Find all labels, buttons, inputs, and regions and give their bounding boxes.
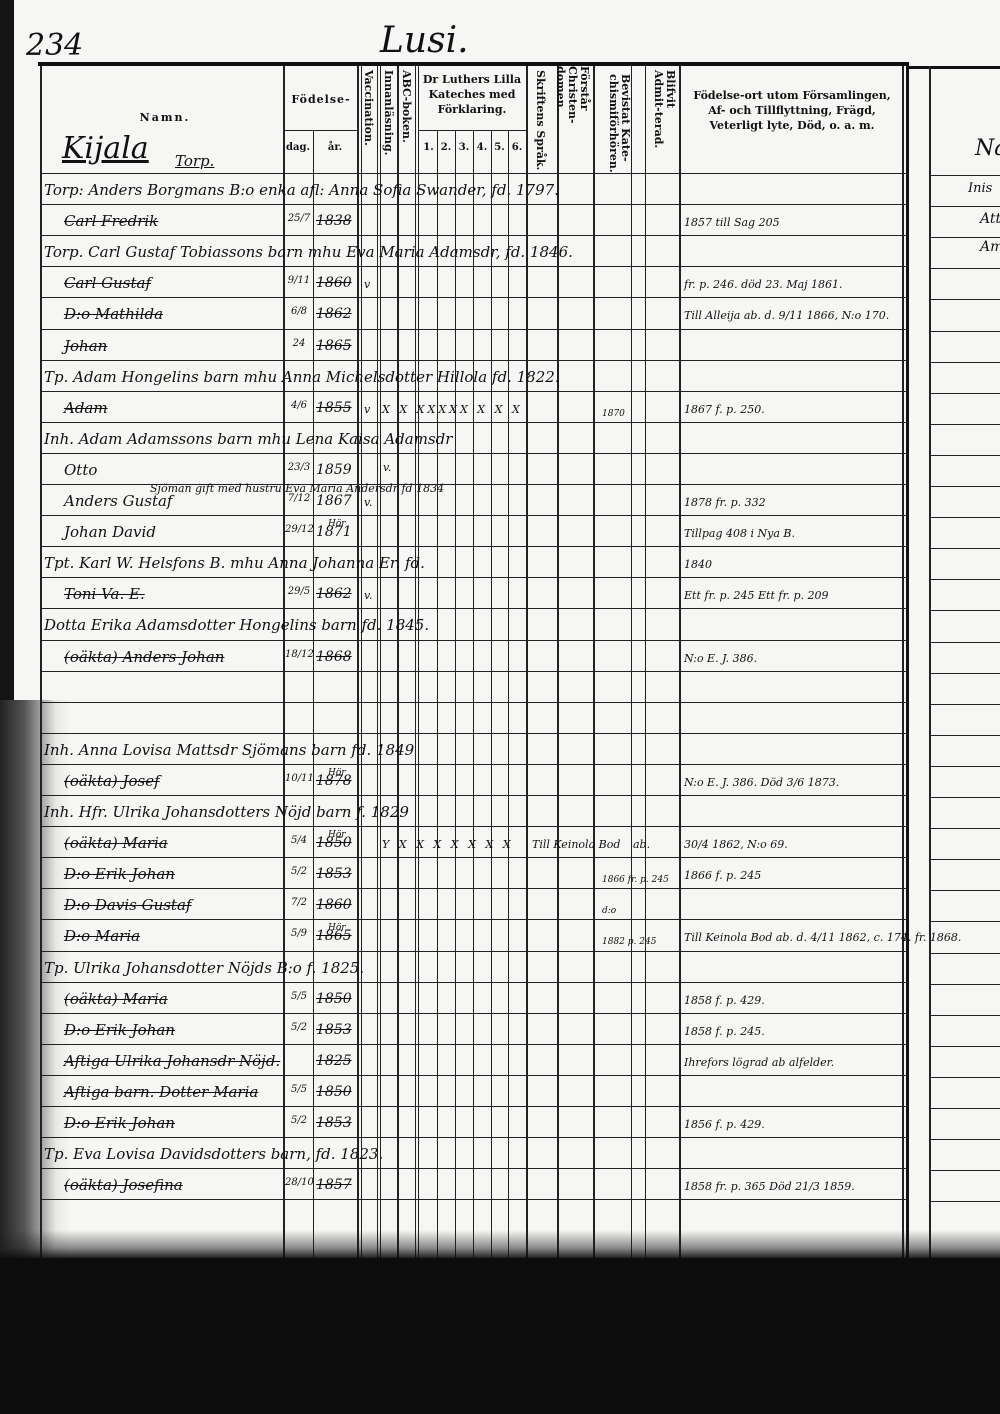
remarks-entry: 1856 f. p. 429. (684, 1116, 765, 1134)
scan-shadow-left (0, 700, 70, 1260)
admitted-note: 1866 fr. p. 245 (602, 871, 669, 889)
row-rule (40, 297, 906, 298)
header-divider (418, 130, 526, 131)
row-rule-right-page (929, 673, 1000, 674)
farm-type: Torp. (175, 152, 214, 170)
row-rule-right-page (929, 1201, 1000, 1202)
birth-day: 5/5 (285, 1085, 313, 1095)
vaccination-mark: v (364, 276, 370, 294)
remarks-entry: 1878 fr. p. 332 (684, 494, 766, 512)
birth-year: 1850 (316, 1083, 352, 1101)
row-rule (40, 764, 906, 765)
birth-day: 9/11 (285, 276, 313, 286)
birth-year: 1838 (316, 212, 352, 230)
row-rule (40, 1199, 906, 1200)
col-line (437, 130, 438, 1258)
row-rule (40, 1106, 906, 1107)
vaccination-mark: v (364, 401, 370, 419)
birth-year-note: Hör (328, 826, 346, 844)
household-head: Tp. Eva Lovisa Davidsdotters barn, fd. 1… (44, 1145, 383, 1163)
row-rule-right-page (929, 921, 1000, 922)
remarks-entry: N:o E. J. 386. (684, 650, 757, 668)
birth-day: 23/3 (285, 463, 313, 473)
row-rule-right-page (929, 1015, 1000, 1016)
row-rule-right-page (929, 1077, 1000, 1078)
row-rule-right-page (929, 299, 1000, 300)
birth-year-note: Hör (328, 764, 346, 782)
header-birth-day: dag. (283, 140, 313, 155)
person-name: Otto (64, 461, 97, 479)
row-rule (40, 173, 906, 174)
row-rule (40, 266, 906, 267)
remarks-entry: fr. p. 246. död 23. Maj 1861. (684, 276, 843, 294)
birth-year: 1868 (316, 648, 352, 666)
header-luther-5: 5. (491, 140, 508, 155)
birth-year: 1850 (316, 990, 352, 1008)
person-name: (oäkta) Josef (64, 772, 160, 790)
person-name: Aftiga barn. Dotter Maria (64, 1083, 258, 1101)
row-rule-right-page (929, 486, 1000, 487)
row-rule-right-page (929, 1139, 1000, 1140)
row-rule-right-page (929, 1170, 1000, 1171)
birth-year: 1853 (316, 1021, 352, 1039)
household-head: Tpt. Karl W. Helsfons B. mhu Anna Johann… (44, 554, 425, 572)
row-rule (40, 1137, 906, 1138)
household-head: Dotta Erika Adamsdotter Hongelins barn f… (44, 616, 429, 634)
birth-year: 1857 (316, 1176, 352, 1194)
row-rule-right-page (929, 1108, 1000, 1109)
birth-year: 1825 (316, 1052, 352, 1070)
row-rule (40, 702, 906, 703)
person-name: (oäkta) Maria (64, 834, 168, 852)
header-forstar: Förstår Christen-domen. (562, 66, 590, 166)
col-line (508, 130, 509, 1258)
person-name: D:o Davis Gustaf (64, 896, 191, 914)
right-page-entry: Att (980, 210, 1000, 228)
header-luther-catechism: Dr Luthers Lilla Kateches med Förklaring… (420, 72, 524, 117)
person-name: (oäkta) Josefina (64, 1176, 183, 1194)
remarks-entry: Tillpag 408 i Nya B. (684, 525, 795, 543)
header-luther-3: 3. (455, 140, 473, 155)
birth-year-note: Hör (328, 919, 346, 937)
person-name: D:o Maria (64, 927, 140, 945)
row-rule (40, 453, 906, 454)
person-name: (oäkta) Maria (64, 990, 168, 1008)
header-luther-6: 6. (508, 140, 526, 155)
birth-year-note: Hör (328, 515, 346, 533)
right-page-entry: Na (975, 140, 1000, 158)
header-birth: Födelse- (285, 92, 357, 107)
row-rule-right-page (929, 424, 1000, 425)
row-rule (40, 640, 906, 641)
birth-day: 25/7 (285, 214, 313, 224)
birth-day: 6/8 (285, 307, 313, 317)
row-rule-right-page (929, 766, 1000, 767)
row-rule (40, 577, 906, 578)
right-page-entry: Am (980, 238, 1000, 256)
birth-year: 1862 (316, 305, 352, 323)
row-rule-right-page (929, 455, 1000, 456)
birth-year: 1859 (316, 461, 352, 479)
row-rule-right-page (929, 890, 1000, 891)
vaccination-mark: v. (364, 587, 372, 605)
birth-day: 10/11 (285, 774, 313, 784)
row-rule (40, 329, 906, 330)
row-rule-right-page (929, 704, 1000, 705)
birth-year: 1867 (316, 492, 352, 510)
birth-day: 5/2 (285, 867, 313, 877)
household-head: Tp. Ulrika Johansdotter Nöjds B:o f. 182… (44, 959, 364, 977)
row-rule-right-page (929, 642, 1000, 643)
row-rule (40, 1013, 906, 1014)
remarks-entry: 1866 f. p. 245 (684, 867, 761, 885)
row-rule (40, 1075, 906, 1076)
row-rule (40, 422, 906, 423)
remarks-entry: N:o E. J. 386. Död 3/6 1873. (684, 774, 839, 792)
remarks-entry: 1840 (684, 556, 712, 574)
person-name: Adam (64, 399, 108, 417)
row-rule (40, 826, 906, 827)
birth-day: 7/2 (285, 898, 313, 908)
birth-day: 5/5 (285, 992, 313, 1002)
row-rule (40, 235, 906, 236)
row-rule-right-page (929, 828, 1000, 829)
birth-day: 5/2 (285, 1116, 313, 1126)
vaccination-mark: v. (364, 494, 372, 512)
col-line (902, 66, 904, 1258)
birth-day: 24 (285, 339, 313, 349)
row-rule-right-page (929, 175, 1000, 176)
header-innanlasning: Innanläsning. (382, 70, 394, 155)
remarks-entry: Ett fr. p. 245 Ett fr. p. 209 (684, 587, 829, 605)
person-name: D:o Erik Johan (64, 1021, 175, 1039)
col-line (929, 66, 931, 1258)
remarks-entry: Till Alleija ab. d. 9/11 1866, N:o 170. (684, 307, 889, 325)
person-name: D:o Mathilda (64, 305, 163, 323)
col-line (40, 66, 42, 1258)
header-divider (283, 130, 357, 131)
village-title: Lusi. (380, 20, 469, 61)
right-page-entry: Inis (968, 180, 992, 198)
row-rule (40, 888, 906, 889)
birth-year: 1855 (316, 399, 352, 417)
col-line (631, 66, 632, 1258)
top-rule-right-page (908, 66, 1000, 69)
birth-day: 5/2 (285, 1023, 313, 1033)
birth-year: 1862 (316, 585, 352, 603)
row-rule (40, 919, 906, 920)
birth-day: 5/4 (285, 836, 313, 846)
row-rule (40, 360, 906, 361)
row-rule (40, 515, 906, 516)
col-line (313, 130, 314, 1258)
innanlasning-mark: v. (383, 459, 391, 477)
person-name: D:o Erik Johan (64, 1114, 175, 1132)
birth-year: 1860 (316, 896, 352, 914)
birth-year: 1865 (316, 337, 352, 355)
scan-edge-bottom (0, 1258, 1000, 1414)
remarks-entry: 1858 fr. p. 365 Död 21/3 1859. (684, 1178, 855, 1196)
person-name: Carl Fredrik (64, 212, 158, 230)
remarks-entry: 30/4 1862, N:o 69. (684, 836, 788, 854)
scan-shadow-bottom (0, 1230, 1000, 1260)
row-rule-right-page (929, 393, 1000, 394)
household-head: Torp: Anders Borgmans B:o enka afl: Anna… (44, 181, 559, 199)
row-rule-right-page (929, 953, 1000, 954)
row-rule-right-page (929, 331, 1000, 332)
header-bevistat: Bevistat Kate-chismiförhören. (603, 74, 631, 174)
remarks-entry: Till Keinola Bod ab. d. 4/11 1862, c. 17… (684, 929, 961, 947)
household-head: Inh. Hfr. Ulrika Johansdotters Nöjd barn… (44, 803, 409, 821)
row-rule (40, 671, 906, 672)
row-rule-right-page (929, 1046, 1000, 1047)
header-name: Namn. (120, 110, 210, 125)
row-rule (40, 608, 906, 609)
register-page: 234 Lusi. Namn. Födelse- dag. år. Vaccin… (0, 0, 1000, 1414)
examination-marks: Y X X X X X X X (382, 836, 514, 854)
row-rule (40, 1168, 906, 1169)
header-blifvit: Blifvit Admit-terad. (648, 70, 676, 150)
top-rule (38, 62, 906, 66)
row-rule-right-page (929, 206, 1000, 207)
header-birth-year: år. (313, 140, 357, 155)
bevistat-note: ab. (633, 836, 650, 854)
birth-year: 1853 (316, 1114, 352, 1132)
row-rule-right-page (929, 362, 1000, 363)
header-luther-1: 1. (420, 140, 437, 155)
col-line (455, 130, 456, 1258)
row-rule-right-page (929, 548, 1000, 549)
row-rule (40, 204, 906, 205)
birth-year: 1853 (316, 865, 352, 883)
col-line (473, 130, 474, 1258)
header-vaccination: Vaccination. (362, 70, 374, 146)
birth-day: 4/6 (285, 401, 313, 411)
row-rule (40, 391, 906, 392)
admitted-note: 1870 (602, 405, 625, 423)
forstar-note: Till Keinola Bod (532, 836, 620, 854)
row-rule-right-page (929, 735, 1000, 736)
row-rule-right-page (929, 268, 1000, 269)
row-rule-right-page (929, 610, 1000, 611)
person-name: Toni Va. E. (64, 585, 145, 603)
remarks-entry: 1867 f. p. 250. (684, 401, 765, 419)
row-rule (40, 733, 906, 734)
header-luther-4: 4. (473, 140, 491, 155)
person-name: Johan David (64, 523, 156, 541)
header-luther-2: 2. (437, 140, 455, 155)
remarks-entry: 1858 f. p. 245. (684, 1023, 765, 1041)
birth-day: 29/5 (285, 587, 313, 597)
remarks-entry: Ihrefors lögrad ab alfelder. (684, 1054, 834, 1072)
birth-day: 29/12 (285, 525, 313, 535)
row-rule-right-page (929, 797, 1000, 798)
birth-year: 1860 (316, 274, 352, 292)
row-rule (40, 1044, 906, 1045)
household-head: Inh. Anna Lovisa Mattsdr Sjömans barn fd… (44, 741, 414, 759)
row-rule (40, 982, 906, 983)
birth-day: 5/9 (285, 929, 313, 939)
col-line (491, 130, 492, 1258)
birth-day: 7/12 (285, 494, 313, 504)
header-remarks: Födelse-ort utom Församlingen, Af- och T… (684, 88, 900, 133)
remarks-entry: 1858 f. p. 429. (684, 992, 765, 1010)
page-gutter (906, 62, 909, 1258)
birth-day: 18/12 (285, 650, 313, 660)
birth-day: 28/10 (285, 1178, 313, 1188)
header-abc-boken: ABC-boken. (400, 70, 412, 143)
row-rule-right-page (929, 579, 1000, 580)
row-rule (40, 951, 906, 952)
row-rule (40, 857, 906, 858)
row-rule (40, 546, 906, 547)
col-line (679, 66, 681, 1258)
col-line (645, 66, 646, 1258)
household-head: Torp. Carl Gustaf Tobiassons barn mhu Ev… (44, 243, 573, 261)
remarks-entry: 1857 till Sag 205 (684, 214, 780, 232)
person-name: Carl Gustaf (64, 274, 151, 292)
admitted-note: 1882 p. 245 (602, 933, 656, 951)
row-rule (40, 795, 906, 796)
col-line (593, 66, 595, 1258)
household-head: Inh. Adam Adamssons barn mhu Lena Kaisa … (44, 430, 452, 448)
row-rule-right-page (929, 984, 1000, 985)
examination-marks: X X XXXXX X X X (382, 401, 523, 419)
row-rule-right-page (929, 517, 1000, 518)
header-skriftens-sprak: Skriftens Språk. (534, 70, 546, 170)
farm-name: Kijala (62, 140, 149, 158)
person-name: Johan (64, 337, 107, 355)
page-number: 234 (26, 28, 83, 63)
row-rule-right-page (929, 859, 1000, 860)
person-name: Aftiga Ulrika Johansdr Nöjd. (64, 1052, 280, 1070)
household-head: Tp. Adam Hongelins barn mhu Anna Michels… (44, 368, 560, 386)
admitted-note: d:o (602, 902, 616, 920)
person-name: (oäkta) Anders Johan (64, 648, 224, 666)
person-name: D:o Erik Johan (64, 865, 175, 883)
